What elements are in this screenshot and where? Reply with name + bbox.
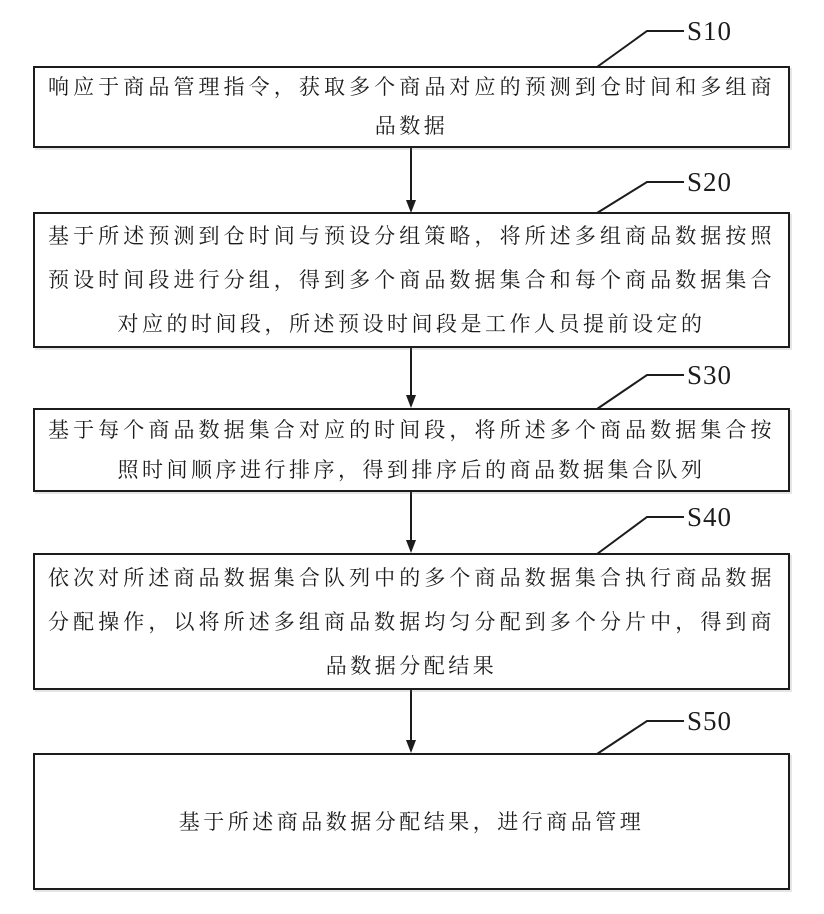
flow-step-text-s20: 基于所述预测到仓时间与预设分组策略，将所述多组商品数据按照预设时间段进行分组，得… xyxy=(35,214,788,346)
flow-arrow-s20-s30 xyxy=(406,348,416,408)
step-label-s30: S30 xyxy=(687,360,732,390)
flow-arrow-s40-s50 xyxy=(406,690,416,753)
leader-line-s40 xyxy=(597,517,684,554)
flow-step-box-s30: 基于每个商品数据集合对应的时间段，将所述多个商品数据集合按照时间顺序进行排序，得… xyxy=(33,408,790,492)
flow-step-text-s30: 基于每个商品数据集合对应的时间段，将所述多个商品数据集合按照时间顺序进行排序，得… xyxy=(35,410,788,490)
flow-step-text-s40: 依次对所述商品数据集合队列中的多个商品数据集合执行商品数据分配操作，以将所述多组… xyxy=(35,556,788,688)
patent-flowchart: 响应于商品管理指令，获取多个商品对应的预测到仓时间和多组商品数据 基于所述预测到… xyxy=(0,0,824,914)
flow-step-box-s10: 响应于商品管理指令，获取多个商品对应的预测到仓时间和多组商品数据 xyxy=(33,66,790,148)
flow-step-box-s40: 依次对所述商品数据集合队列中的多个商品数据集合执行商品数据分配操作，以将所述多组… xyxy=(33,553,790,690)
leader-line-s10 xyxy=(597,31,684,67)
step-label-s10: S10 xyxy=(687,16,732,46)
flow-step-text-s50: 基于所述商品数据分配结果，进行商品管理 xyxy=(35,800,788,844)
leader-line-s50 xyxy=(597,721,684,754)
arrow-head xyxy=(406,395,416,408)
arrow-head xyxy=(406,740,416,753)
step-label-s20: S20 xyxy=(687,167,732,197)
flow-step-box-s20: 基于所述预测到仓时间与预设分组策略，将所述多组商品数据按照预设时间段进行分组，得… xyxy=(33,212,790,348)
flow-arrow-s30-s40 xyxy=(406,492,416,553)
flow-step-text-s10: 响应于商品管理指令，获取多个商品对应的预测到仓时间和多组商品数据 xyxy=(35,68,788,146)
leader-line-s20 xyxy=(597,182,684,213)
flow-step-box-s50: 基于所述商品数据分配结果，进行商品管理 xyxy=(33,753,790,890)
leader-line-s30 xyxy=(597,375,684,409)
arrow-head xyxy=(406,540,416,553)
flow-arrow-s10-s20 xyxy=(406,148,416,213)
step-label-s50: S50 xyxy=(687,706,732,736)
step-label-s40: S40 xyxy=(687,502,732,532)
